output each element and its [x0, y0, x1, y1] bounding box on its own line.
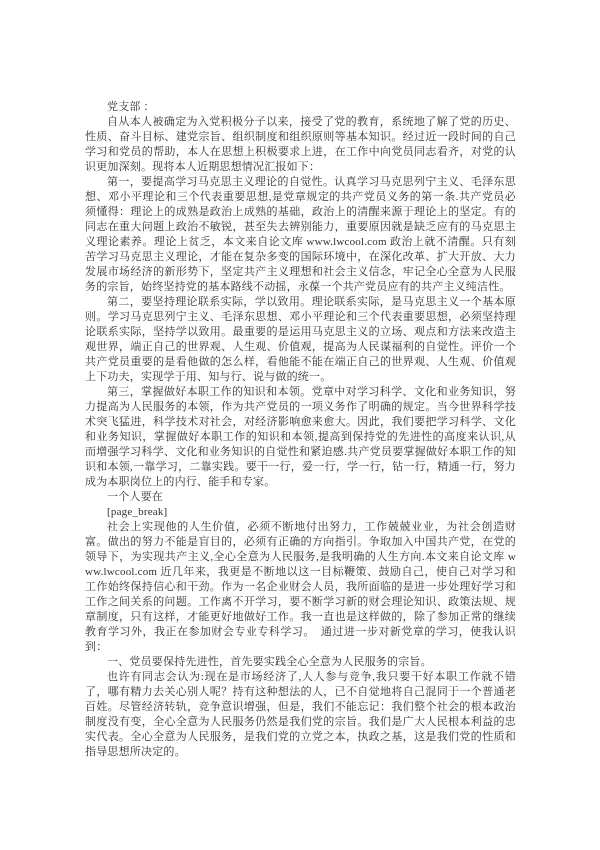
document-page: 党支部 ： 自从本人被确定为入党积极分子以来，接受了党的教育，系统地了解了党的历… [85, 100, 516, 760]
section-1-heading: 一、党员要保持先进性，首先要实践全心全意为人民服务的宗旨。 [85, 655, 516, 670]
salutation-line: 党支部 ： [85, 100, 516, 115]
point-3-paragraph: 第三，掌握做好本职工作的知识和本领。党章中对学习科学、文化和业务知识，努力提高为… [85, 385, 516, 490]
point-2-paragraph: 第二，要坚持理论联系实际，学以致用。理论联系实际，是马克思主义一个基本原则。学习… [85, 295, 516, 385]
continuation-line: 一个人要在 [85, 490, 516, 505]
point-1-paragraph: 第一，要提高学习马克思主义理论的自觉性。认真学习马克思列宁主义、毛泽东思想、邓小… [85, 175, 516, 295]
section-1-paragraph: 也许有同志会认为:现在是市场经济了,人人参与竞争,我只要干好本职工作就不错了，哪… [85, 670, 516, 760]
page-break-marker: [page_break] [85, 505, 516, 520]
intro-paragraph: 自从本人被确定为入党积极分子以来，接受了党的教育，系统地了解了党的历史、性质、奋… [85, 115, 516, 175]
life-value-paragraph: 社会上实现他的人生价值，必须不断地付出努力，工作兢兢业业，为社会创造财富。做出的… [85, 520, 516, 655]
